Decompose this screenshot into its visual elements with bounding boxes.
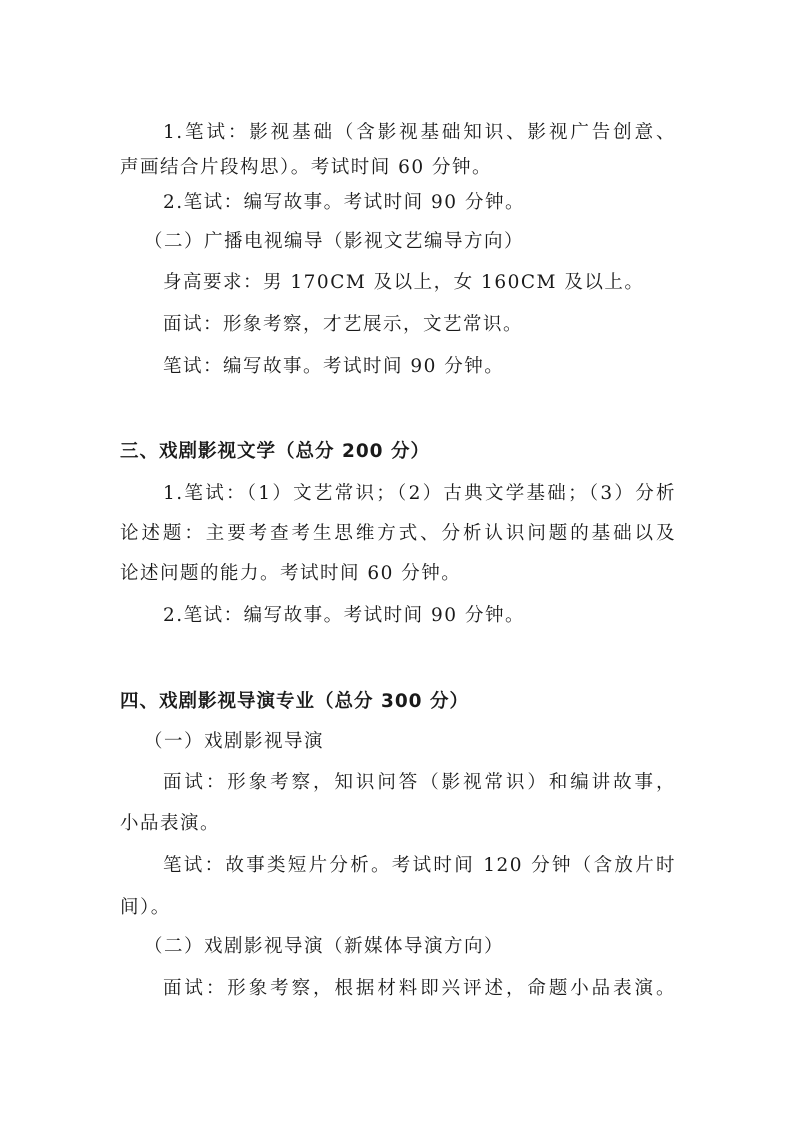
paragraph-line: 面试：形象考察，才艺展示，文艺常识。 bbox=[163, 313, 523, 337]
paragraph-line: 笔试：故事类短片分析。考试时间 120 分钟（含放片时 bbox=[163, 854, 676, 878]
subheading: （二）广播电视编导（影视文艺编导方向） bbox=[144, 230, 524, 254]
paragraph-line: 面试：形象考察，知识问答（影视常识）和编讲故事， bbox=[163, 771, 676, 795]
paragraph-line: 1.笔试：（1）文艺常识；（2）古典文学基础；（3）分析 bbox=[163, 482, 676, 506]
paragraph-line: 论述题：主要考查考生思维方式、分析认识问题的基础以及 bbox=[120, 522, 676, 546]
paragraph-line: 声画结合片段构思）。考试时间 60 分钟。 bbox=[120, 156, 492, 180]
section-heading: 三、戏剧影视文学（总分 200 分） bbox=[120, 440, 430, 464]
paragraph-line: 论述问题的能力。考试时间 60 分钟。 bbox=[120, 562, 461, 586]
paragraph-line: 间）。 bbox=[120, 896, 171, 920]
paragraph-line: 身高要求：男 170CM 及以上，女 160CM 及以上。 bbox=[163, 271, 644, 295]
subheading: （二）戏剧影视导演（新媒体导演方向） bbox=[144, 935, 504, 959]
paragraph-line: 面试：形象考察，根据材料即兴评述，命题小品表演。 bbox=[163, 977, 676, 1001]
paragraph-line: 2.笔试：编写故事。考试时间 90 分钟。 bbox=[163, 604, 525, 628]
subheading: （一）戏剧影视导演 bbox=[144, 730, 324, 754]
paragraph-line: 笔试：编写故事。考试时间 90 分钟。 bbox=[163, 355, 504, 379]
paragraph-line: 小品表演。 bbox=[120, 812, 220, 836]
section-heading: 四、戏剧影视导演专业（总分 300 分） bbox=[120, 690, 469, 714]
paragraph-line: 1.笔试：影视基础（含影视基础知识、影视广告创意、 bbox=[163, 121, 676, 145]
paragraph-line: 2.笔试：编写故事。考试时间 90 分钟。 bbox=[163, 191, 525, 215]
